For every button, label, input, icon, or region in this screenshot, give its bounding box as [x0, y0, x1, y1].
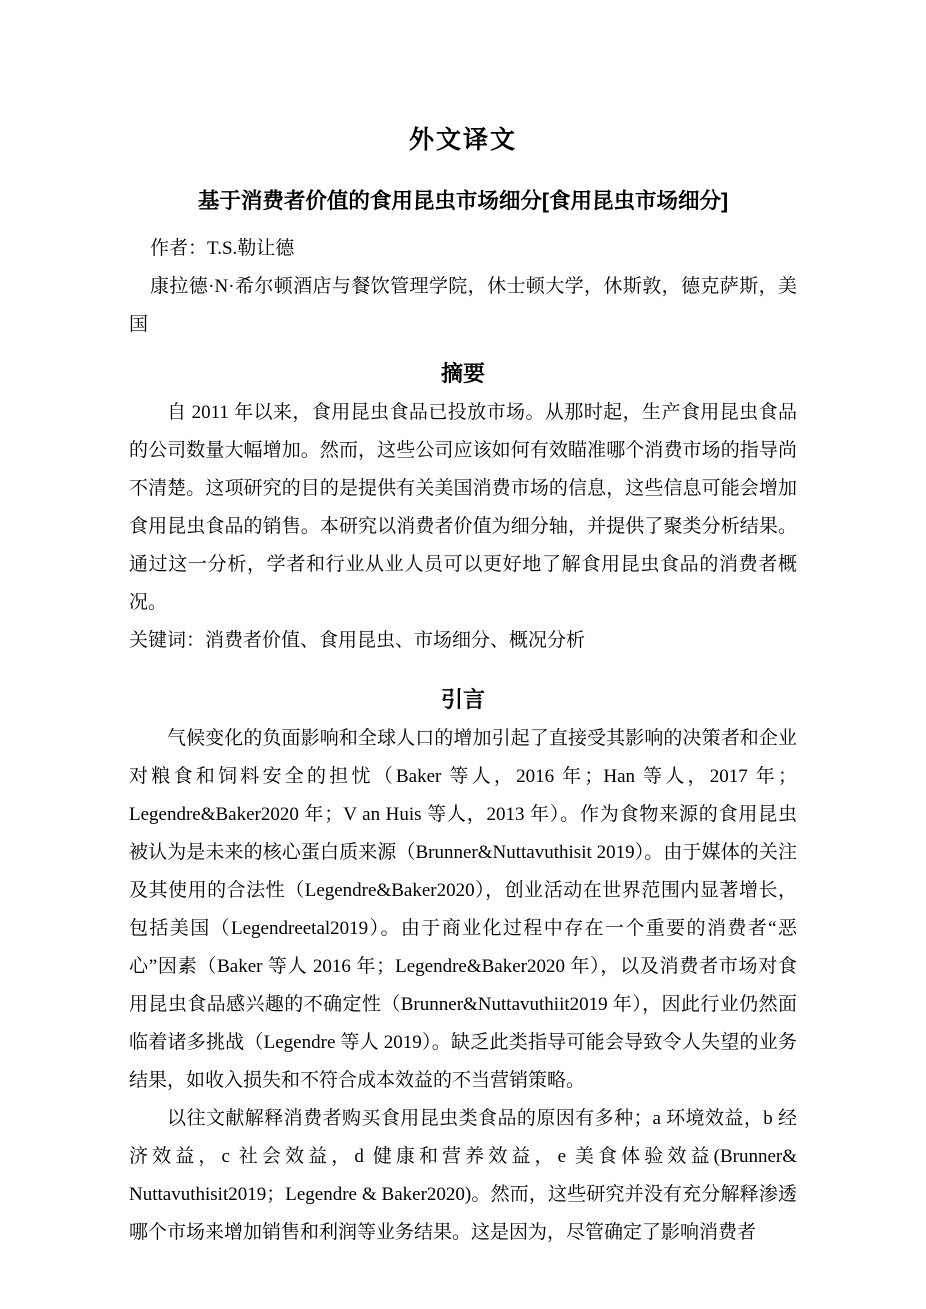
introduction-paragraph-1: 气候变化的负面影响和全球人口的增加引起了直接受其影响的决策者和企业对粮食和饲料安…	[129, 720, 797, 1100]
keywords-line: 关键词：消费者价值、食用昆虫、市场细分、概况分析	[129, 622, 797, 660]
document-title: 外文译文	[129, 126, 797, 154]
introduction-heading: 引言	[129, 680, 797, 720]
author-line: 作者：T.S.勒让德	[129, 230, 797, 268]
abstract-heading: 摘要	[129, 354, 797, 394]
introduction-paragraph-2: 以往文献解释消费者购买食用昆虫类食品的原因有多种；a 环境效益，b 经济效益，c…	[129, 1100, 797, 1252]
paper-title: 基于消费者价值的食用昆虫市场细分[食用昆虫市场细分]	[129, 188, 797, 214]
affiliation-line: 康拉德·N·希尔顿酒店与餐饮管理学院，休士顿大学，休斯敦，德克萨斯，美国	[129, 268, 797, 344]
document-page: 外文译文 基于消费者价值的食用昆虫市场细分[食用昆虫市场细分] 作者：T.S.勒…	[0, 0, 926, 1309]
document-content: 外文译文 基于消费者价值的食用昆虫市场细分[食用昆虫市场细分] 作者：T.S.勒…	[129, 0, 797, 1252]
abstract-paragraph: 自 2011 年以来，食用昆虫食品已投放市场。从那时起，生产食用昆虫食品的公司数…	[129, 394, 797, 622]
